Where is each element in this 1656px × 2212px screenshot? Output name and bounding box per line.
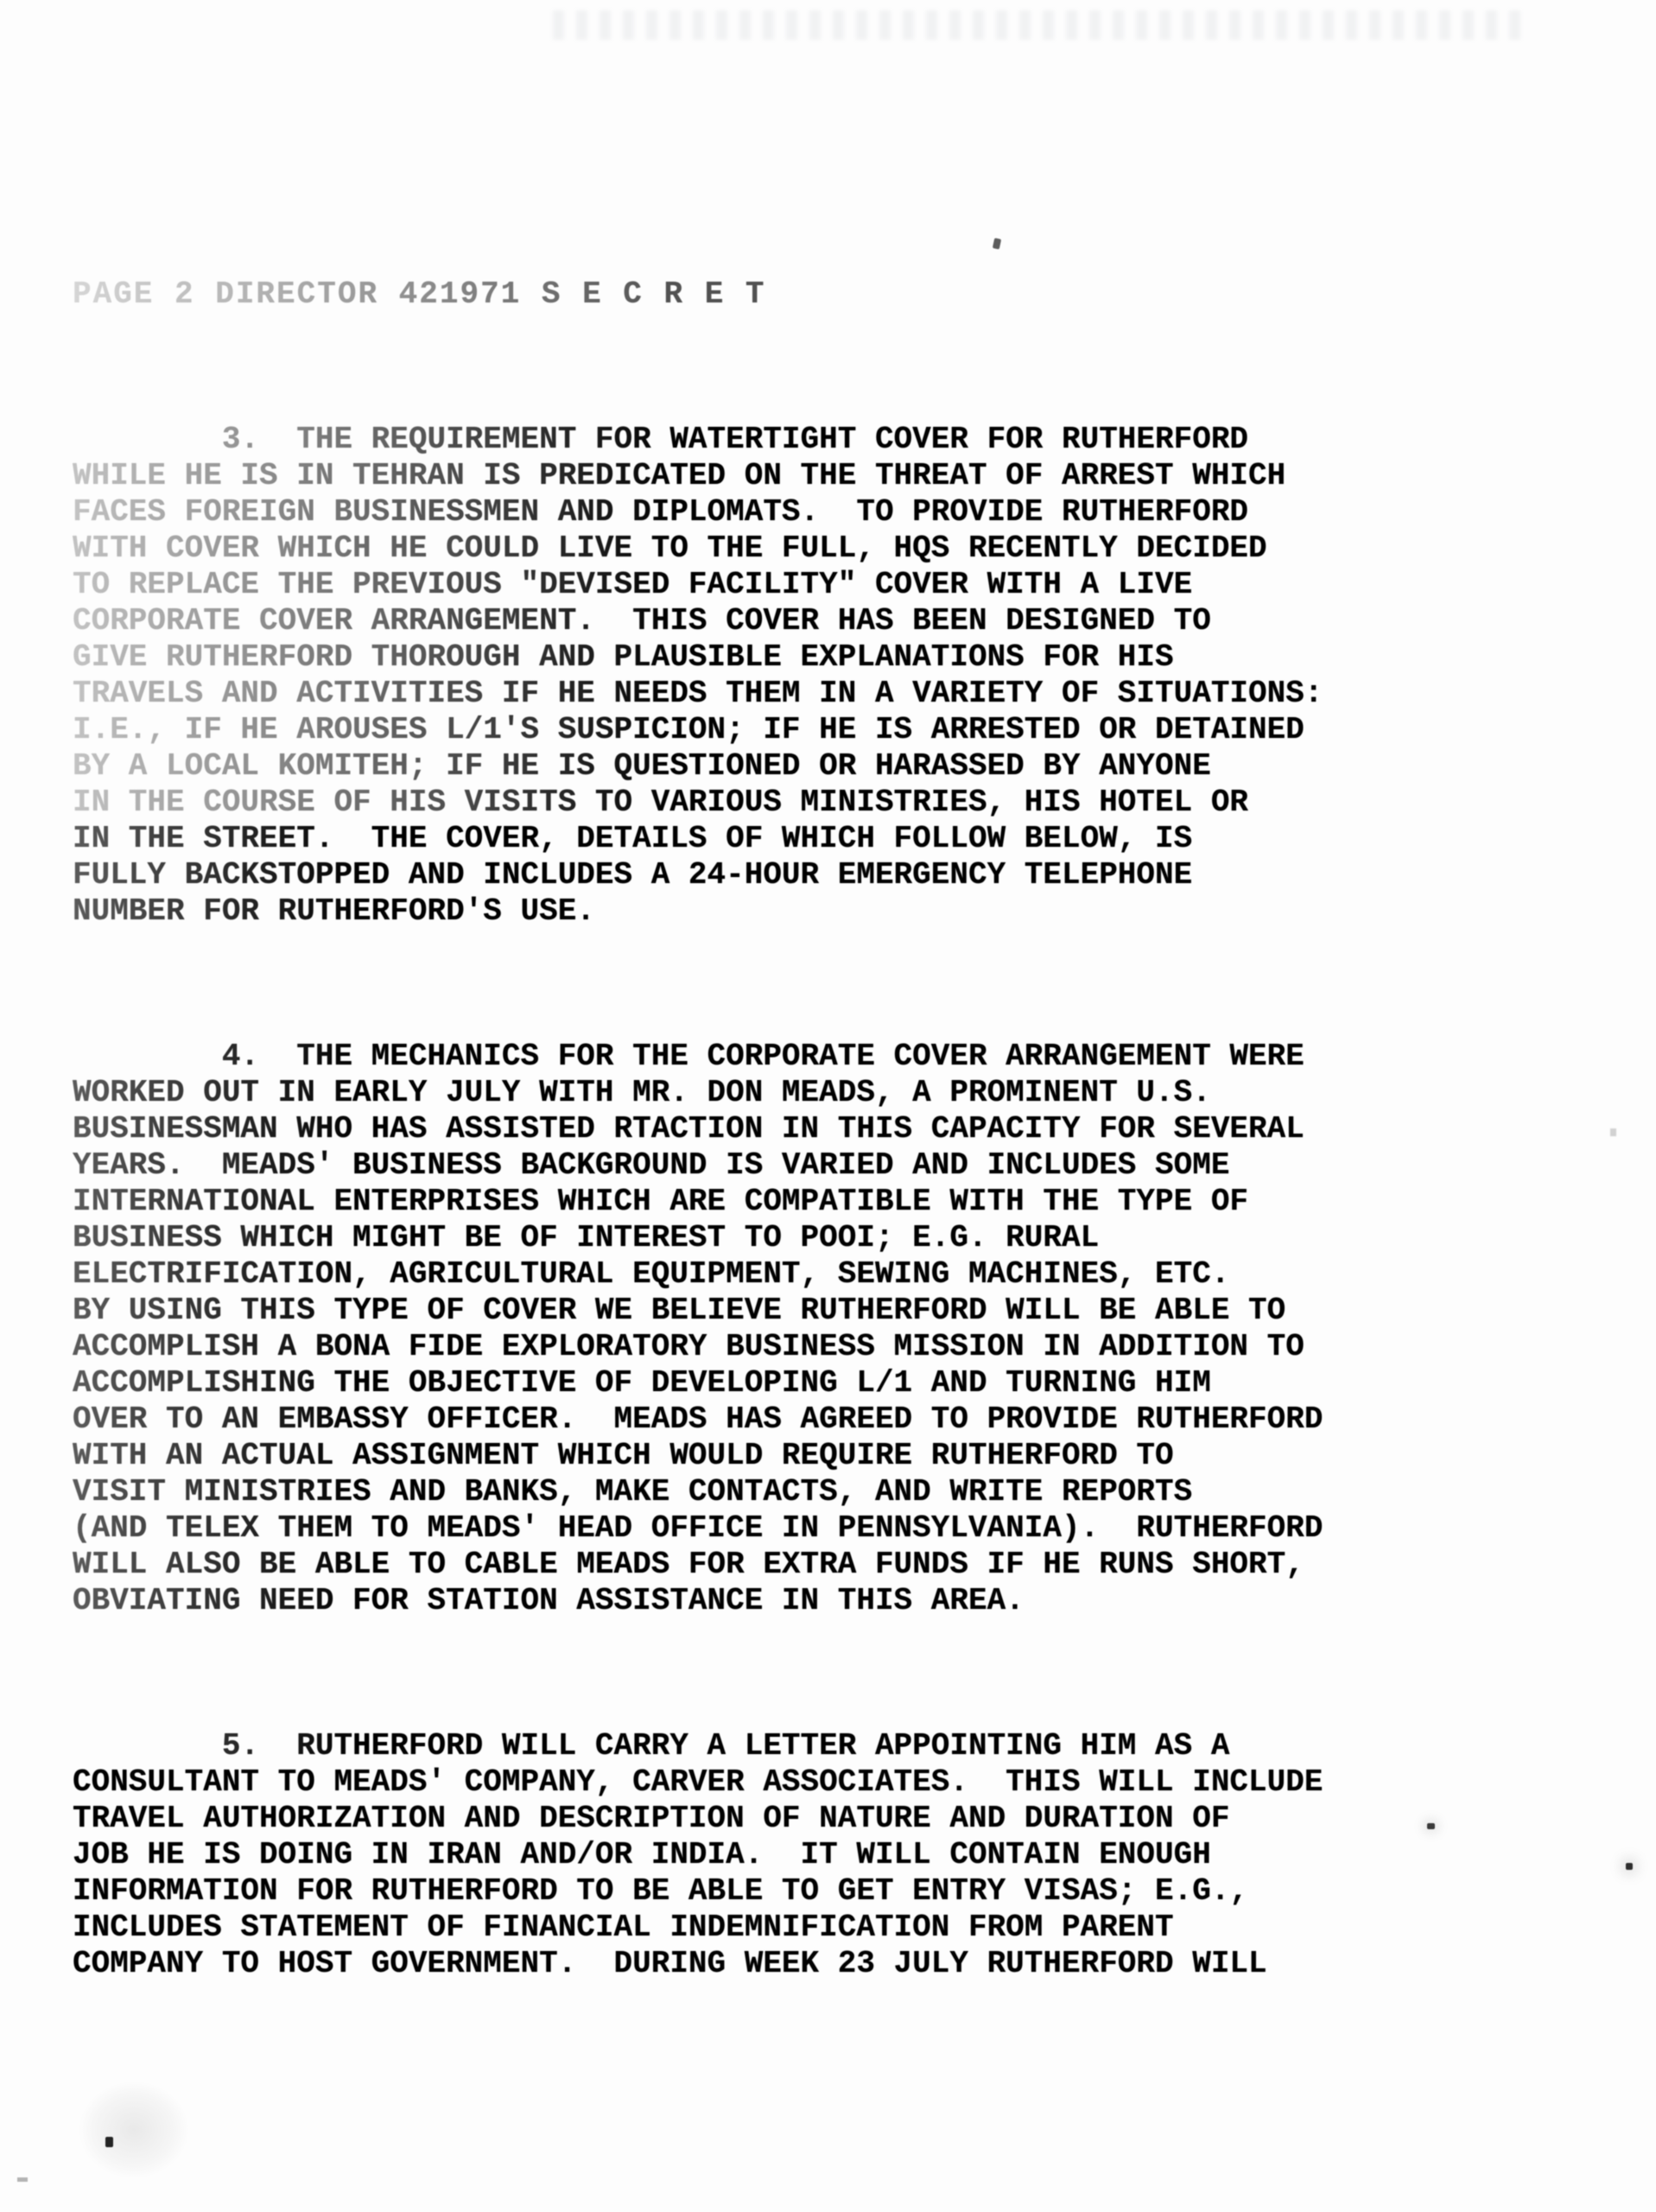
scan-artifact-mark: [1610, 1128, 1616, 1136]
scan-artifact-mark: [17, 2177, 28, 2182]
scan-artifact-speck: [105, 2137, 113, 2147]
page-header-line: PAGE 2 DIRECTOR 421971 S E C R E T: [73, 276, 1323, 313]
scan-artifact-speck: [1427, 1823, 1435, 1829]
document-body: PAGE 2 DIRECTOR 421971 S E C R E T 3. TH…: [73, 204, 1323, 2091]
scanned-document-page: PAGE 2 DIRECTOR 421971 S E C R E T 3. TH…: [0, 0, 1656, 2212]
scan-artifact-speck: [1626, 1863, 1633, 1870]
paragraph-4: 4. THE MECHANICS FOR THE CORPORATE COVER…: [73, 1039, 1323, 1619]
paragraph-3: 3. THE REQUIREMENT FOR WATERTIGHT COVER …: [73, 422, 1323, 930]
paragraph-5: 5. RUTHERFORD WILL CARRY A LETTER APPOIN…: [73, 1728, 1323, 1982]
scan-artifact-bleedthrough: [553, 10, 1520, 40]
